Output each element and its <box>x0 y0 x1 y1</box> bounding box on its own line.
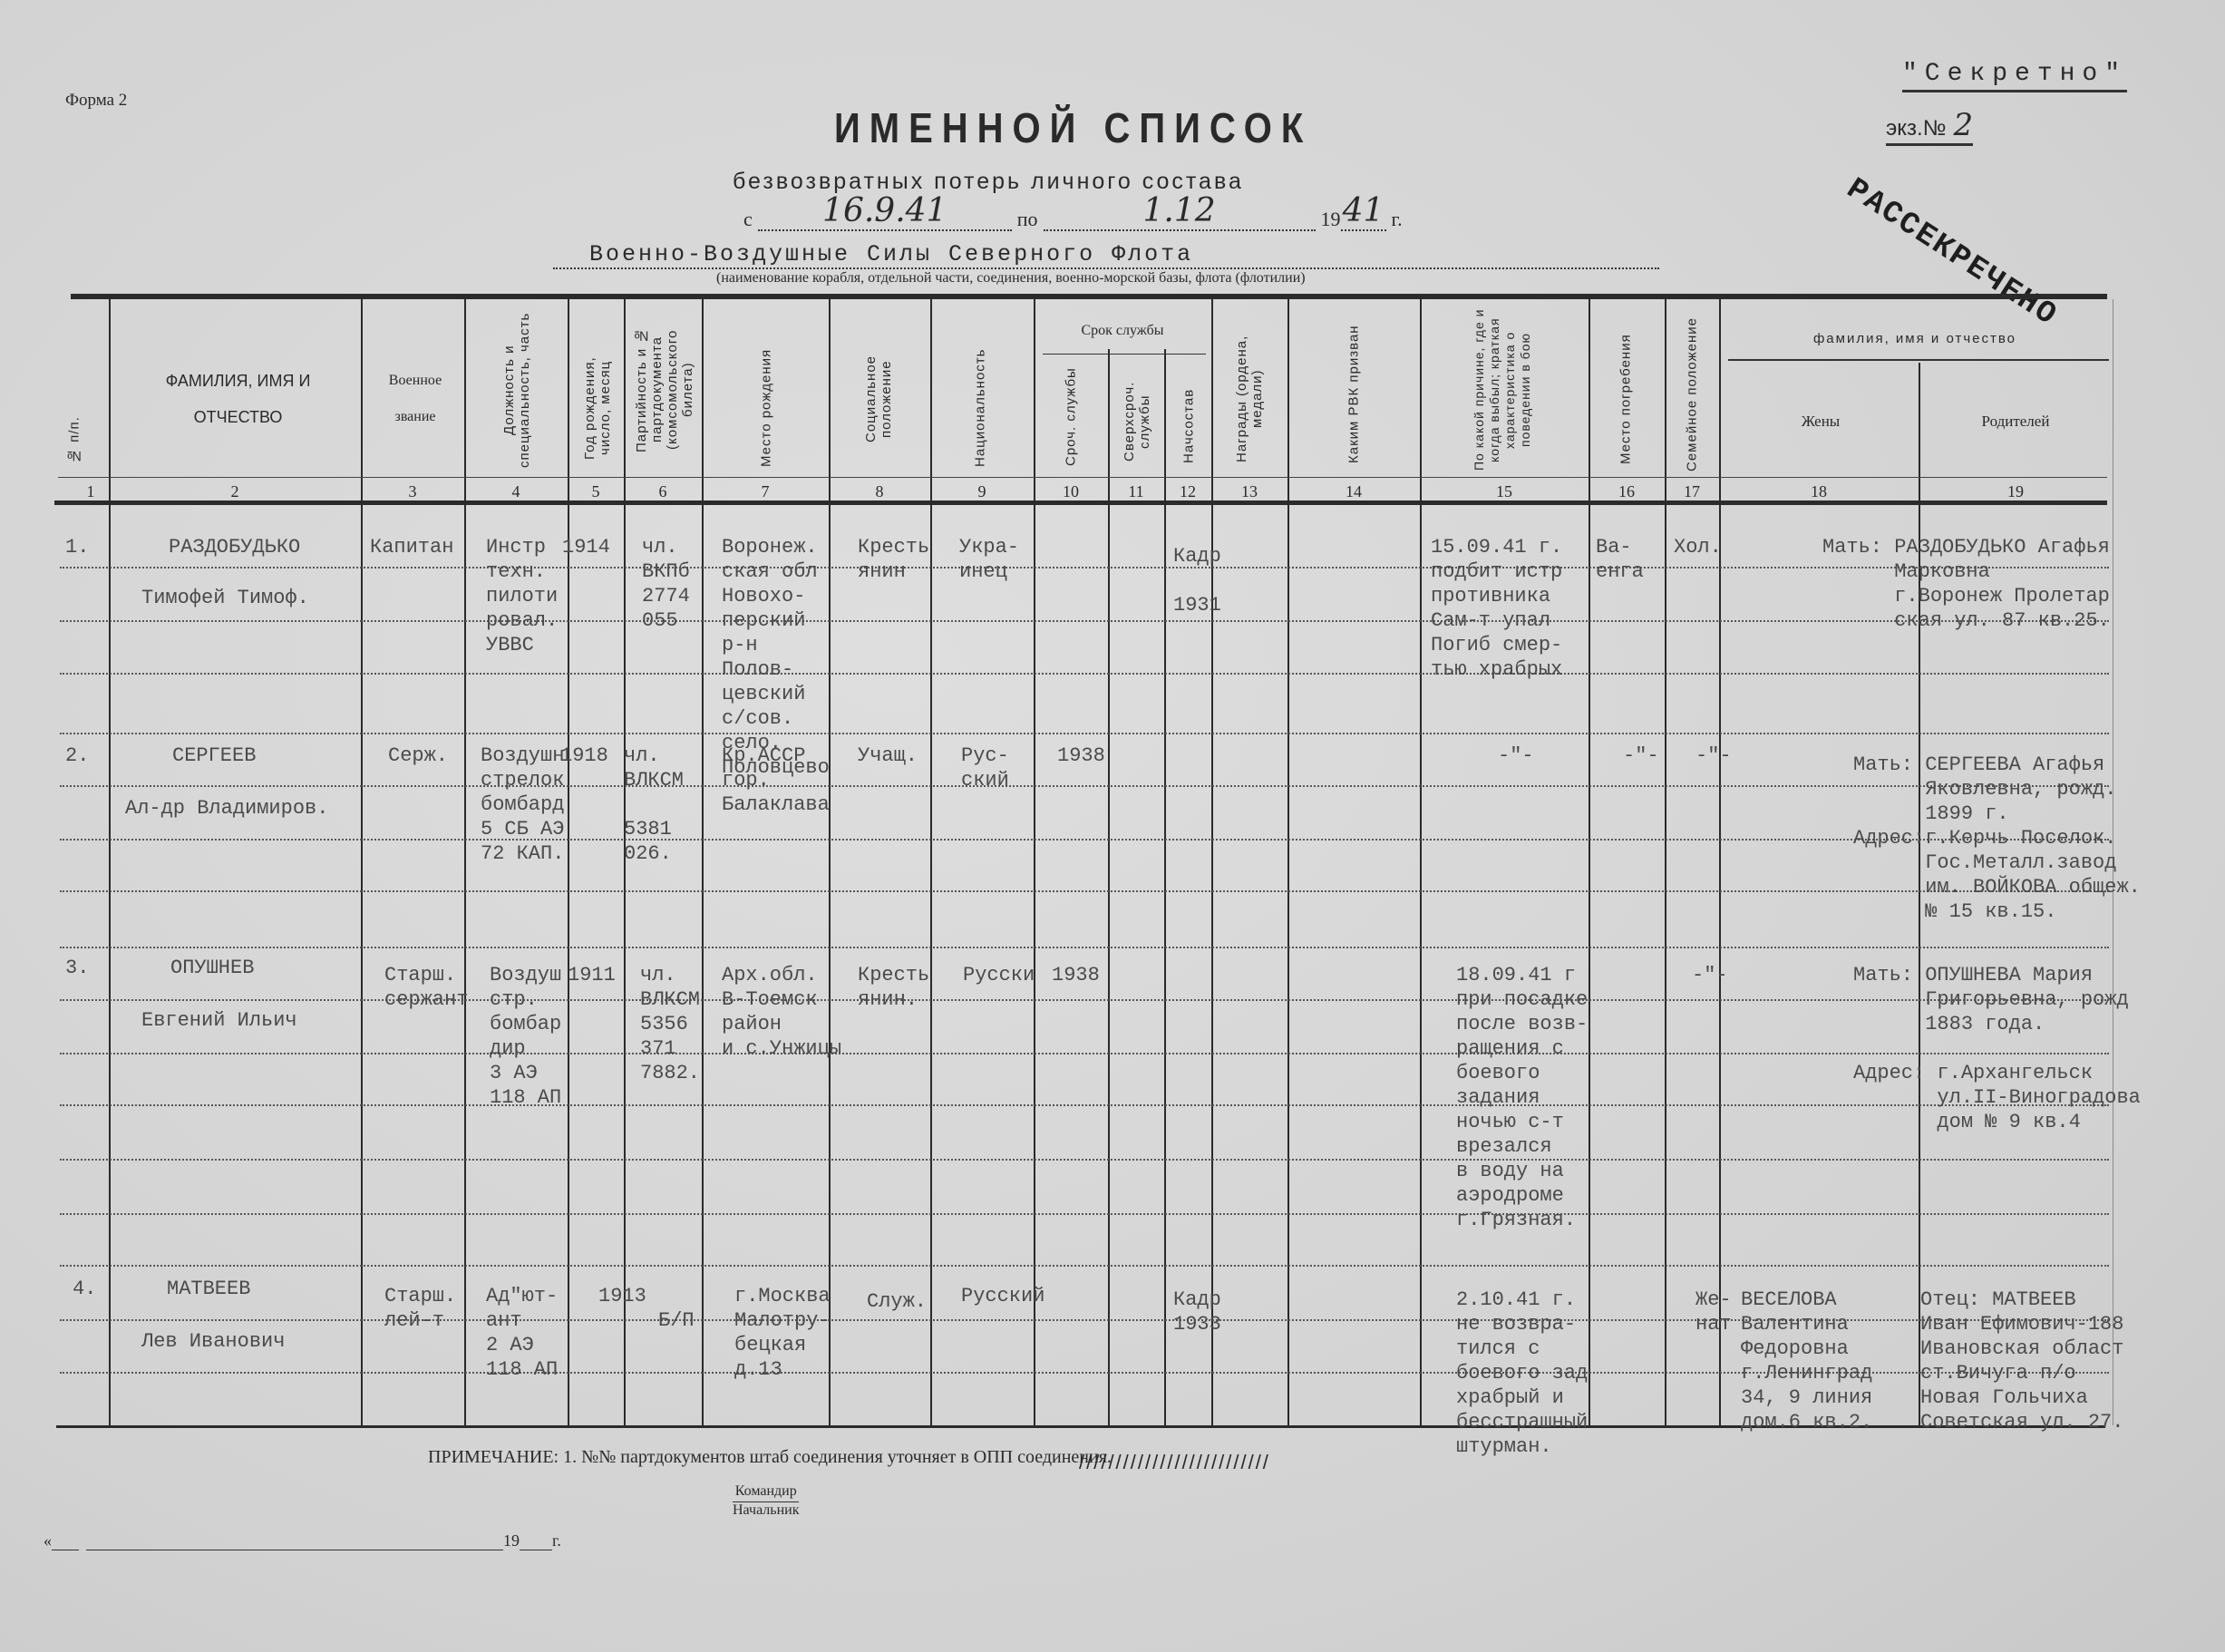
parents: Мать: ОПУШНЕВА Мария Григорьевна, рожд 1… <box>1853 963 2141 1134</box>
year-suffix: 41 <box>1341 192 1386 231</box>
row-number: 1. <box>65 535 89 559</box>
date-quote: « <box>44 1531 52 1550</box>
col-header-7: Место рождения <box>753 345 780 471</box>
birthplace: Арх.обл. В-Тоемск район и с.Унжицы <box>722 963 841 1061</box>
col-header-3: Военное звание <box>372 354 459 444</box>
col-divider <box>464 299 466 1425</box>
row-guide <box>60 1104 2109 1106</box>
row-guide <box>60 839 2109 841</box>
service-term-underline <box>1043 354 1206 355</box>
period-from-prefix: с <box>743 208 753 231</box>
loss-reason: -"- <box>1498 743 1534 768</box>
party: чл. ВЛКСМ 5381 026. <box>624 743 684 866</box>
surname: МАТВЕЕВ <box>167 1277 250 1301</box>
col-num-10: 10 <box>1034 482 1108 501</box>
col-divider <box>1719 299 1721 1425</box>
commander-label: Командир <box>733 1483 799 1502</box>
loss-reason: 18.09.41 г при посадке после возв- ращен… <box>1456 963 1588 1232</box>
row-guide <box>60 890 2109 892</box>
col-header-9: Национальность <box>967 345 994 471</box>
birth-year: 1918 <box>560 743 608 768</box>
row-guide <box>60 947 2109 948</box>
col-divider <box>930 299 932 1425</box>
col-num-6: 6 <box>624 482 702 501</box>
col-header-19: Родителей <box>1920 399 2111 444</box>
row-number: 2. <box>65 743 89 768</box>
signature-block: Командир Начальник <box>733 1483 799 1519</box>
row-guide <box>60 1159 2109 1161</box>
social-status: Служ. <box>867 1289 927 1314</box>
col-header-14: Каким РВК призван <box>1340 317 1367 471</box>
col-num-4: 4 <box>464 482 568 501</box>
col-num-14: 14 <box>1287 482 1420 501</box>
parents: Мать: РАЗДОБУДЬКО Агафья Марковна г.Воро… <box>1822 535 2110 633</box>
col-header-4: Должность и специальность, часть <box>490 308 544 471</box>
col-header-5: Год рождения, число, месяц <box>577 345 618 471</box>
relatives-header: фамилия, имя и отчество <box>1723 325 2107 352</box>
row-guide <box>60 1265 2109 1267</box>
social-status: Учащ. <box>858 743 918 768</box>
rank: Капитан <box>370 535 453 559</box>
family-status: Же- нат <box>1695 1288 1732 1336</box>
col-num-9: 9 <box>930 482 1034 501</box>
given-name: Ал-др Владимиров. <box>125 796 328 821</box>
row-guide <box>60 620 2109 622</box>
given-name: Лев Иванович <box>141 1329 285 1354</box>
declassified-stamp: РАССЕКРЕЧЕНО <box>1840 172 2063 334</box>
position: Воздуш стр. бомбар дир 3 АЭ 118 АП <box>490 963 561 1110</box>
burial-place: Ва- енга <box>1596 535 1644 584</box>
header-number-separator <box>58 477 2107 478</box>
row-guide <box>60 1053 2109 1054</box>
col-header-1: № п/п. <box>56 399 92 481</box>
family-status: -"- <box>1692 963 1728 987</box>
period: с 16.9.41 по 1.12 1941г. <box>743 192 1403 231</box>
document-page: Форма 2 "Секретно" экз.№2 РАССЕКРЕЧЕНО И… <box>0 0 2225 1652</box>
nationality: Русский <box>961 1284 1044 1308</box>
social-status: Кресть янин. <box>858 963 929 1012</box>
position: Инстр техн. пилоти ровал. УВВС <box>486 535 558 657</box>
wife: ВЕСЕЛОВА Валентина Федоровна г.Ленинград… <box>1741 1288 1872 1434</box>
surname: РАЗДОБУДЬКО <box>169 535 300 559</box>
rank: Серж. <box>388 743 448 768</box>
parents: Отец: МАТВЕЕВ Иван Ефимович-188 Ивановск… <box>1920 1288 2123 1434</box>
col-header-8: Социальное положение <box>856 326 901 471</box>
col-divider <box>1164 349 1166 1425</box>
year-end: г. <box>1392 208 1403 231</box>
col-divider <box>109 299 111 1425</box>
col-num-17: 17 <box>1665 482 1719 501</box>
col-header-2: ФАМИЛИЯ, ИМЯ И ОТЧЕСТВО <box>127 354 349 444</box>
period-from: 16.9.41 <box>758 192 1012 231</box>
col-header-16: Место погребения <box>1612 326 1639 471</box>
col-num-16: 16 <box>1589 482 1665 501</box>
col-num-12: 12 <box>1164 482 1211 501</box>
hatch-marks: ////////////////////////// <box>1079 1451 1270 1474</box>
rank: Старш. сержант <box>384 963 468 1012</box>
party: Б/П <box>658 1284 695 1333</box>
burial-place: -"- <box>1623 743 1659 768</box>
copy-number: экз.№2 <box>1886 107 1973 146</box>
col-num-18: 18 <box>1719 482 1919 501</box>
period-to-prefix: по <box>1017 208 1038 231</box>
col-divider <box>1108 349 1110 1425</box>
col-header-11: Сверхсроч. службы <box>1115 372 1159 471</box>
col-divider <box>1420 299 1422 1425</box>
conscript-service: 1938 <box>1052 963 1100 987</box>
col-divider <box>1287 299 1289 1425</box>
conscript-service: 1938 <box>1057 743 1105 768</box>
col-divider <box>1589 299 1590 1425</box>
party: чл. ВЛКСМ 5356 371 7882. <box>640 963 700 1085</box>
relatives-underline <box>1728 359 2109 361</box>
col-num-5: 5 <box>568 482 624 501</box>
position: Ад"ют- ант 2 АЭ 118 АП <box>486 1284 558 1382</box>
given-name: Тимофей Тимоф. <box>141 586 309 610</box>
document-title: ИМЕННОЙ СПИСОК <box>834 106 1312 153</box>
col-num-1: 1 <box>73 482 109 501</box>
birth-year: 1913 <box>598 1284 646 1308</box>
col-num-11: 11 <box>1108 482 1164 501</box>
col-header-17: Семейное положение <box>1674 317 1710 471</box>
period-to: 1.12 <box>1044 192 1316 231</box>
col-divider <box>829 299 831 1425</box>
footnote: ПРИМЕЧАНИЕ: 1. №№ партдокументов штаб со… <box>428 1447 1112 1468</box>
surname: СЕРГЕЕВ <box>172 743 256 768</box>
service-term-header: Срок службы <box>1035 317 1210 345</box>
birthplace: г.Москва Малотру- бецкая д.13 <box>734 1284 831 1382</box>
loss-reason: 15.09.41 г. подбит истр противника Сам-т… <box>1431 535 1562 682</box>
form-number: Форма 2 <box>65 91 127 111</box>
cadre: Кадр 1931 <box>1173 544 1221 617</box>
col-header-10: Сроч. службы <box>1057 363 1084 471</box>
col-header-18: Жены <box>1723 399 1919 444</box>
col-divider <box>1665 299 1666 1425</box>
col-divider <box>1034 299 1035 1425</box>
nationality: Укра- инец <box>959 535 1019 584</box>
party: чл. ВКПб 2774 055 <box>642 535 690 633</box>
date-year-prefix: 19 <box>503 1531 520 1550</box>
footer-date: « 19 г. <box>44 1531 561 1550</box>
col-num-7: 7 <box>702 482 829 501</box>
cadre: Кадр 1933 <box>1173 1288 1221 1336</box>
copy-number-value: 2 <box>1953 107 1973 143</box>
birthplace: Кр.АССР гор. Балаклава <box>722 743 830 817</box>
row-guide <box>60 1213 2109 1215</box>
nationality: Рус- ский <box>961 743 1009 792</box>
surname: ОПУШНЕВ <box>170 956 254 980</box>
col-num-8: 8 <box>829 482 930 501</box>
col-num-3: 3 <box>361 482 464 501</box>
unit-note: (наименование корабля, отдельной части, … <box>716 270 1306 287</box>
col-divider <box>361 299 363 1425</box>
row-guide <box>60 785 2109 787</box>
row-guide <box>60 733 2109 734</box>
date-year-suffix: г. <box>552 1531 561 1550</box>
col-divider <box>568 299 569 1425</box>
birth-year: 1911 <box>568 963 616 987</box>
row-number: 3. <box>65 956 89 980</box>
col-num-2: 2 <box>109 482 361 501</box>
col-header-6: Партийность и № партдокумента (комсомоль… <box>635 308 695 471</box>
col-divider <box>1211 299 1213 1425</box>
col-header-15: По какой причине, где и когда выбыл; кра… <box>1443 308 1561 471</box>
unit-name: Военно-Воздушные Силы Северного Флота <box>553 241 1659 269</box>
col-header-13: Награды (ордена, медали) <box>1224 326 1275 471</box>
row-guide <box>60 673 2109 675</box>
loss-reason: 2.10.41 г. не возвра- тился с боевого за… <box>1456 1288 1588 1459</box>
family-status: Хол. <box>1674 535 1722 559</box>
given-name: Евгений Ильич <box>141 1008 297 1033</box>
row-number: 4. <box>73 1277 96 1301</box>
position: Воздушн стрелок бомбард 5 СБ АЭ 72 КАП. <box>481 743 564 866</box>
document-subtitle: безвозвратных потерь личного состава <box>733 169 1244 195</box>
col-header-12: Начсостав <box>1175 381 1202 471</box>
social-status: Кресть янин <box>858 535 929 584</box>
copy-label: экз.№ <box>1886 116 1946 141</box>
nationality: Русски <box>963 963 1035 987</box>
rank: Старш. лей-т <box>384 1284 456 1333</box>
col-num-15: 15 <box>1420 482 1589 501</box>
secrecy-label: "Секретно" <box>1902 60 2127 92</box>
col-num-13: 13 <box>1211 482 1287 501</box>
col-num-19: 19 <box>1919 482 2113 501</box>
birth-year: 1914 <box>562 535 610 559</box>
year-prefix: 19 <box>1321 208 1341 231</box>
table-top-rule <box>71 294 2107 299</box>
row-guide <box>60 567 2109 568</box>
col-divider <box>702 299 704 1425</box>
chief-label: Начальник <box>733 1502 799 1519</box>
row-guide <box>60 999 2109 1001</box>
family-status: -"- <box>1695 743 1732 768</box>
parents: Мать: СЕРГЕЕВА Агафья Яковлевна, рожд. 1… <box>1853 753 2141 924</box>
